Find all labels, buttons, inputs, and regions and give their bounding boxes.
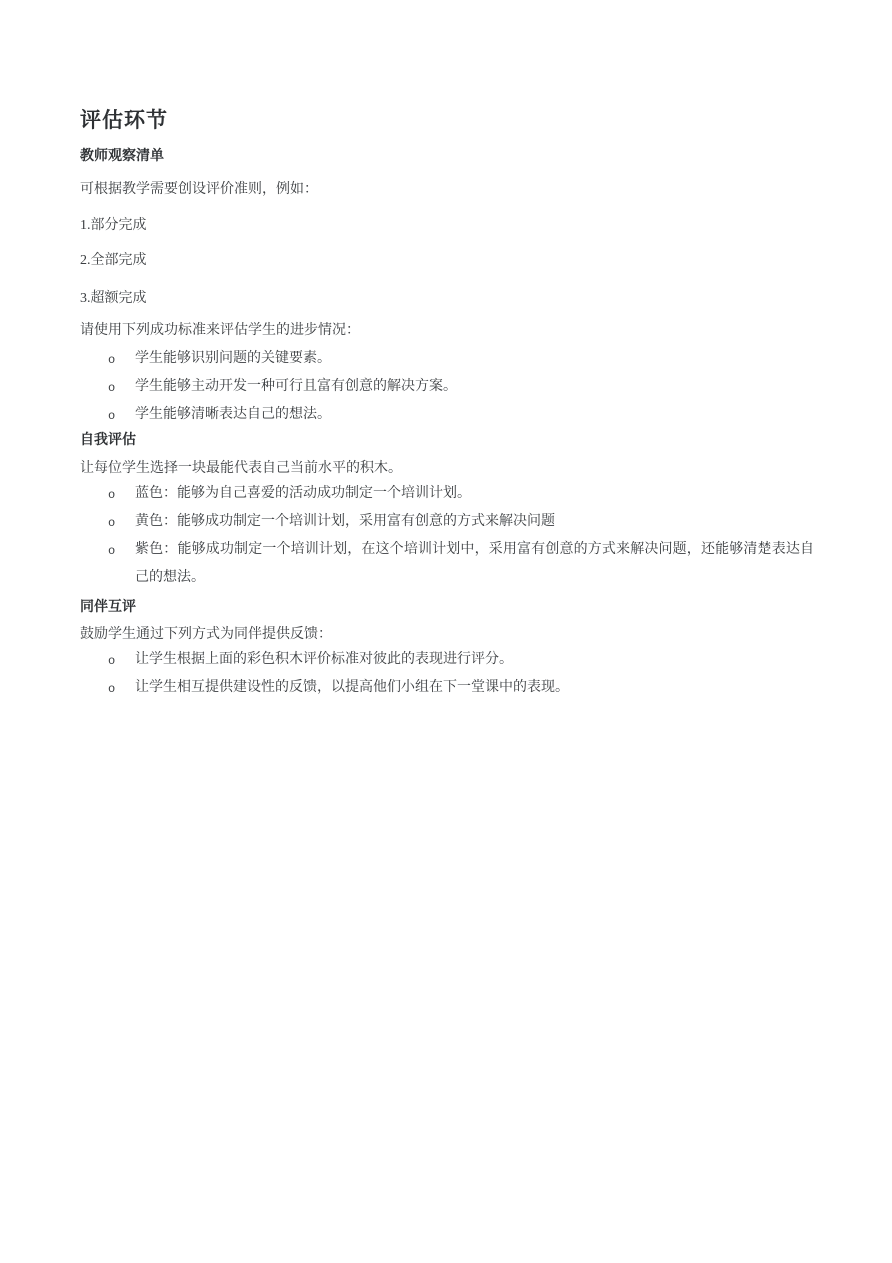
bullet-marker: o <box>108 509 115 537</box>
bullet-marker: o <box>108 647 115 675</box>
rubric-level-3: 3.超额完成 <box>80 290 814 308</box>
document-content: 评估环节 教师观察清单 可根据教学需要创设评价准则，例如： 1.部分完成 2.全… <box>0 0 892 702</box>
level-purple-text: 紫色：能够成功制定一个培训计划，在这个培训计划中，采用富有创意的方式来解决问题，… <box>135 542 814 585</box>
list-item: o 学生能够清晰表达自己的想法。 <box>80 401 814 429</box>
criteria-text-3: 学生能够清晰表达自己的想法。 <box>135 407 331 422</box>
rubric-level-1: 1.部分完成 <box>80 217 814 235</box>
criteria-intro: 请使用下列成功标准来评估学生的进步情况： <box>80 322 814 340</box>
list-item: o 学生能够识别问题的关键要素。 <box>80 345 814 373</box>
section-heading-peer-feedback: 同伴互评 <box>80 599 814 617</box>
bullet-marker: o <box>108 374 115 402</box>
criteria-text-2: 学生能够主动开发一种可行且富有创意的解决方案。 <box>135 379 457 394</box>
bullet-marker: o <box>108 402 115 430</box>
criteria-list: o 学生能够识别问题的关键要素。 o 学生能够主动开发一种可行且富有创意的解决方… <box>80 345 814 429</box>
teacher-checklist-intro: 可根据教学需要创设评价准则，例如： <box>80 181 814 199</box>
self-assessment-intro: 让每位学生选择一块最能代表自己当前水平的积木。 <box>80 460 814 478</box>
criteria-text-1: 学生能够识别问题的关键要素。 <box>135 351 331 366</box>
level-blue-text: 蓝色：能够为自己喜爱的活动成功制定一个培训计划。 <box>135 486 471 501</box>
bullet-marker: o <box>108 537 115 565</box>
list-item: o 黄色：能够成功制定一个培训计划，采用富有创意的方式来解决问题 <box>80 508 814 536</box>
section-heading-teacher-checklist: 教师观察清单 <box>80 148 814 166</box>
bullet-marker: o <box>108 346 115 374</box>
bullet-marker: o <box>108 481 115 509</box>
peer-feedback-intro: 鼓励学生通过下列方式为同伴提供反馈： <box>80 626 814 644</box>
bullet-marker: o <box>108 675 115 703</box>
page-title: 评估环节 <box>80 106 814 134</box>
section-heading-self-assessment: 自我评估 <box>80 432 814 450</box>
level-yellow-text: 黄色：能够成功制定一个培训计划，采用富有创意的方式来解决问题 <box>135 514 555 529</box>
list-item: o 紫色：能够成功制定一个培训计划，在这个培训计划中，采用富有创意的方式来解决问… <box>80 536 814 592</box>
document-page: 评估环节 教师观察清单 可根据教学需要创设评价准则，例如： 1.部分完成 2.全… <box>0 0 892 1263</box>
self-assessment-levels-list: o 蓝色：能够为自己喜爱的活动成功制定一个培训计划。 o 黄色：能够成功制定一个… <box>80 480 814 592</box>
method-text-2: 让学生相互提供建设性的反馈，以提高他们小组在下一堂课中的表现。 <box>135 680 569 695</box>
list-item: o 让学生根据上面的彩色积木评价标准对彼此的表现进行评分。 <box>80 646 814 674</box>
list-item: o 让学生相互提供建设性的反馈，以提高他们小组在下一堂课中的表现。 <box>80 674 814 702</box>
list-item: o 学生能够主动开发一种可行且富有创意的解决方案。 <box>80 373 814 401</box>
rubric-level-2: 2.全部完成 <box>80 252 814 270</box>
list-item: o 蓝色：能够为自己喜爱的活动成功制定一个培训计划。 <box>80 480 814 508</box>
method-text-1: 让学生根据上面的彩色积木评价标准对彼此的表现进行评分。 <box>135 652 513 667</box>
peer-feedback-methods-list: o 让学生根据上面的彩色积木评价标准对彼此的表现进行评分。 o 让学生相互提供建… <box>80 646 814 702</box>
